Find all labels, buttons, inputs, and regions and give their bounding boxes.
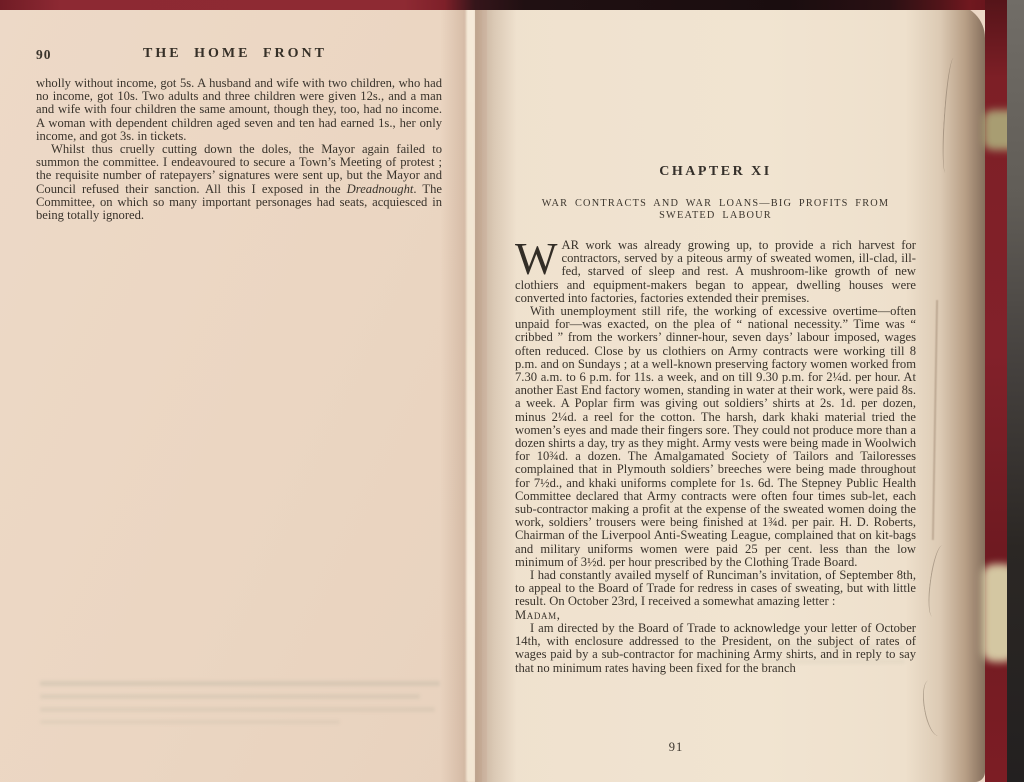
gutter-shadow-left (440, 0, 468, 782)
book-cover-top-edge (0, 0, 1010, 10)
ink-bleedthrough (40, 694, 420, 699)
right-page-number: 91 (606, 740, 746, 755)
ink-bleedthrough (40, 720, 340, 724)
ink-bleedthrough (40, 681, 440, 686)
right-page-text: CHAPTER XI WAR CONTRACTS AND WAR LOANS—B… (515, 164, 916, 675)
paragraph-text: AR work was already growing up, to provi… (515, 238, 916, 305)
gutter-crease-highlight (466, 0, 475, 782)
italic-book-title: Dreadnought (347, 182, 414, 196)
letter-paragraph: I am directed by the Board of Trade to a… (515, 622, 916, 675)
running-header: THE HOME FRONT (30, 46, 440, 62)
left-page-text: wholly without income, got 5s. A husband… (36, 77, 442, 222)
ink-bleedthrough (40, 707, 435, 712)
letter-salutation: Madam, (515, 609, 916, 622)
gutter-shadow-right (475, 0, 517, 782)
chapter-subtitle: WAR CONTRACTS AND WAR LOANS—BIG PROFITS … (515, 198, 916, 222)
paragraph: With unemployment still rife, the workin… (515, 305, 916, 569)
paragraph: wholly without income, got 5s. A husband… (36, 77, 442, 143)
paragraph: WAR work was already growing up, to prov… (515, 239, 916, 305)
paragraph: I had constantly availed myself of Runci… (515, 569, 916, 609)
drop-cap: W (515, 239, 561, 278)
chapter-heading: CHAPTER XI (515, 164, 916, 179)
paragraph: Whilst thus cruelly cutting down the dol… (36, 143, 442, 222)
background-right-edge (1007, 0, 1024, 782)
open-book-scan: 90 THE HOME FRONT wholly without income,… (0, 0, 1024, 782)
